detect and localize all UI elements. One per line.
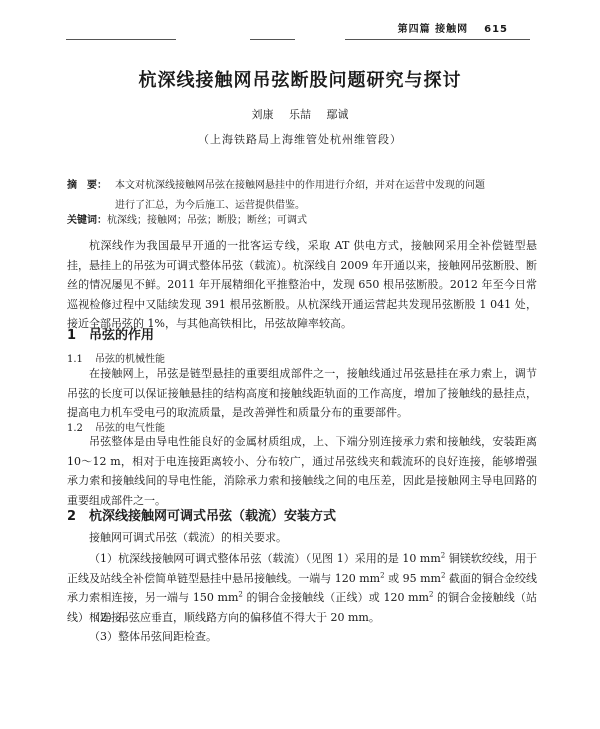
section-title: 杭深线接触网可调式吊弦（载流）安装方式 [89, 509, 336, 524]
header-rule [345, 39, 530, 40]
section-heading: 1吊弦的作用 [67, 324, 154, 343]
header-rule [250, 39, 295, 40]
affiliation: （上海铁路局上海维管处杭州维管段） [0, 131, 600, 147]
page-number: 615 [484, 24, 508, 35]
page-header: 第四篇 接触网615 [0, 0, 600, 50]
list-item: （3）整体吊弦间距检查。 [67, 627, 537, 647]
chapter-label: 第四篇 接触网 [398, 24, 468, 35]
abstract: 摘 要： 本文对杭深线接触网吊弦在接触网悬挂中的作用进行介绍，并对在运营中发现的… [67, 176, 487, 216]
section-number: 1 [67, 328, 89, 343]
subsection-heading: 1.1吊弦的机械性能 [67, 350, 165, 365]
section-number: 2 [67, 509, 89, 524]
keywords-text: 杭深线；接触网；吊弦；断股；断丝；可调式 [107, 215, 307, 226]
running-head: 第四篇 接触网615 [398, 20, 508, 35]
authors: 刘康 乐喆 鄢诚 [0, 106, 600, 122]
abstract-text: 本文对杭深线接触网吊弦在接触网悬挂中的作用进行介绍，并对在运营中发现的问题进行了… [115, 176, 487, 216]
body-paragraph: 吊弦整体是由导电性能良好的金属材质组成，上、下端分别连接承力索和接触线，安装距离… [67, 432, 537, 510]
header-rule [112, 39, 176, 40]
paper-title: 杭深线接触网吊弦断股问题研究与探讨 [0, 66, 600, 92]
body-paragraph: 在接触网上，吊弦是链型悬挂的重要组成部件之一，接触线通过吊弦悬挂在承力索上，调节… [67, 364, 537, 423]
body-paragraph: 接触网可调式吊弦（载流）的相关要求。 [67, 528, 537, 548]
keywords: 关键词：杭深线；接触网；吊弦；断股；断丝；可调式 [67, 214, 307, 228]
section-heading: 2杭深线接触网可调式吊弦（载流）安装方式 [67, 505, 336, 524]
keywords-label: 关键词： [67, 215, 107, 226]
section-title: 吊弦的作用 [89, 328, 154, 343]
list-item: （2）吊弦应垂直，顺线路方向的偏移值不得大于 20 mm。 [67, 608, 537, 628]
intro-paragraph: 杭深线作为我国最早开通的一批客运专线，采取 AT 供电方式，接触网采用全补偿链型… [67, 236, 537, 334]
abstract-label: 摘 要： [67, 176, 115, 216]
